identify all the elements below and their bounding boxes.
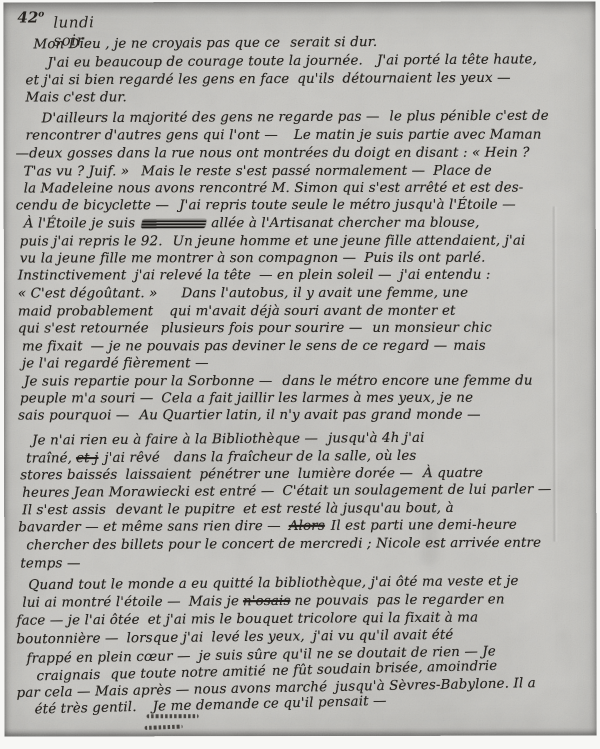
manuscript-line: D'ailleurs la majorité des gens ne regar… — [42, 109, 549, 127]
paper-crease — [552, 207, 559, 542]
manuscript-line: peuple m'a souri —Cela a fait jaillir le… — [20, 391, 473, 407]
manuscript-line: Mais c'est dur. — [26, 90, 127, 105]
manuscript-line: rencontrer d'autres gens qui l'ont —Le m… — [26, 128, 542, 144]
manuscript-line: bavarder — et même sans rien dire —Alors… — [18, 518, 517, 536]
manuscript-line: Il s'est assisdevant le pupitreet est re… — [22, 501, 454, 518]
manuscript-line: lui ai montré l'étoile —Mais jen'osaisne… — [22, 592, 504, 610]
manuscript-line: puis j'ai repris le 92.Un jeune homme et… — [20, 234, 526, 250]
manuscript-line: me fixait— je ne pouvais pas deviner le … — [22, 339, 486, 355]
manuscript-line: chercher des billets pour le concert de … — [26, 536, 541, 554]
manuscript-line: J'ai eu beaucoup de courage toute la jou… — [47, 52, 537, 70]
manuscript-line: Je n'ai rien eu à faire à la Bibliothèqu… — [32, 431, 425, 449]
manuscript-line: —deux gosses dans la rue nous ont montré… — [16, 146, 530, 162]
manuscript-line: Instinctivementj'ai relevé la tête— en p… — [18, 268, 491, 284]
marginal-pencil-note-line1 — [147, 714, 199, 718]
manuscript-line: stores baisséslaissaientpénétrer unelumi… — [20, 466, 483, 483]
crossed-out-scribble — [140, 219, 206, 228]
manuscript-line: vu la jeune fille me montrer à son compa… — [20, 251, 486, 267]
manuscript-line: cendu de bicyclette —J'ai repris toute s… — [16, 198, 516, 214]
manuscript-line: qui s'est retournéeplusieurs fois pour s… — [18, 321, 492, 337]
manuscript-line: T'as vu ? Juif. »Mais le reste s'est pas… — [24, 164, 492, 180]
manuscript-line: temps — — [20, 556, 80, 571]
manuscript-line: Je suis repartie pour la Sorbonne —dans … — [24, 374, 533, 390]
manuscript-paper: 42o lundi soir Mon Dieu , je ne croyais … — [3, 1, 596, 736]
manuscript-line: Mon Dieu , je ne croyais pas que ceserai… — [33, 35, 377, 52]
manuscript-line: boutonnière —lorsque j'ailevé les yeux,j… — [16, 628, 453, 648]
struck-through-text: Alors — [289, 519, 325, 534]
marginal-pencil-note-line2 — [145, 725, 183, 730]
manuscript-line: À l'Étoile je suisallée à l'Artisanat ch… — [24, 216, 480, 232]
manuscript-text: Mon Dieu , je ne croyais pas que ceserai… — [3, 1, 595, 2]
manuscript-line: la Madeleine nous avons rencontré M. Sim… — [24, 181, 524, 197]
manuscript-line: je l'ai regardé fièrement — — [22, 356, 209, 371]
manuscript-line: sais pourquoi —Au Quartier latin, il n'y… — [18, 408, 481, 424]
manuscript-line: maid probablementqui m'avait déjà souri … — [18, 304, 456, 320]
manuscript-line: heures Jean Morawiecki est entré —C'étai… — [22, 482, 551, 501]
manuscript-line: « C'est dégoûtant. »Dans l'autobus, il y… — [18, 286, 468, 302]
scanned-page-photo: 42o lundi soir Mon Dieu , je ne croyais … — [0, 0, 600, 749]
page-number: 42o — [17, 8, 44, 26]
struck-through-text: n'osais — [243, 594, 291, 609]
manuscript-line: et j'ai si bien regardé les gens en face… — [25, 71, 510, 89]
page-number-mark: o — [38, 9, 44, 19]
manuscript-line: face — je l'ai ôtéeet j'ai mis le bouque… — [16, 610, 478, 628]
struck-through-text: et j — [76, 451, 98, 466]
manuscript-line: Quand tout le monde a eu quitté la bibli… — [28, 574, 518, 593]
manuscript-line: traîné,et jj'ai rêvédans la fraîcheur de… — [26, 449, 416, 467]
